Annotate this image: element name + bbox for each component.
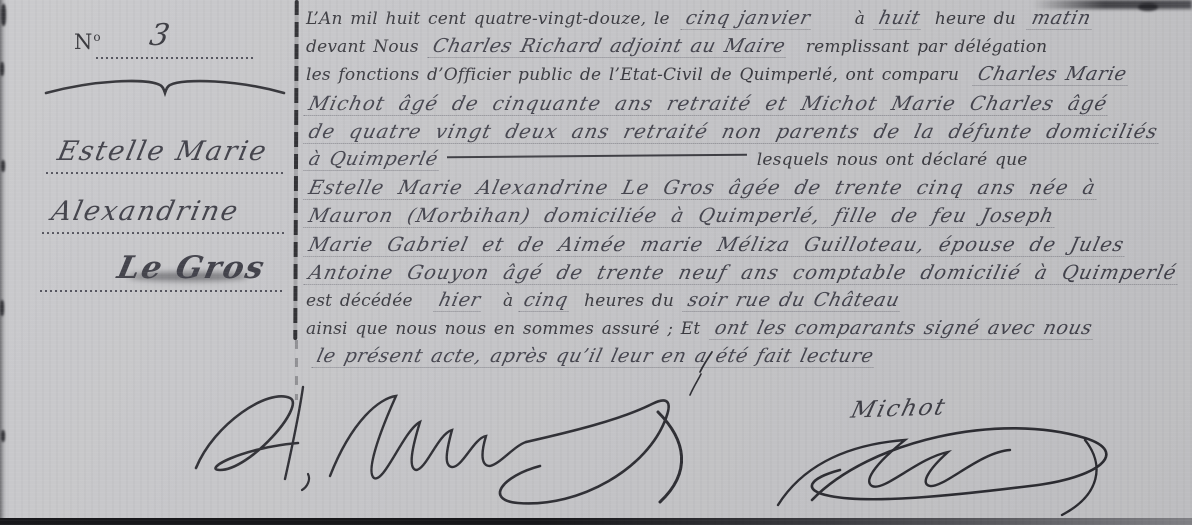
edge-mark: [0, 62, 4, 76]
edge-mark: [1, 430, 5, 442]
edge-mark: [0, 300, 4, 316]
scan-top-right-blob: [1138, 3, 1158, 11]
binding-crease-faint: [295, 340, 298, 400]
signature-flourishes: [0, 0, 1192, 525]
scan-bottom-edge: [0, 518, 1192, 525]
scan-left-edge: [0, 0, 7, 525]
scan-top-right-smudge: [1032, 0, 1192, 9]
edge-mark: [1, 4, 6, 26]
edge-mark: [1, 160, 5, 172]
